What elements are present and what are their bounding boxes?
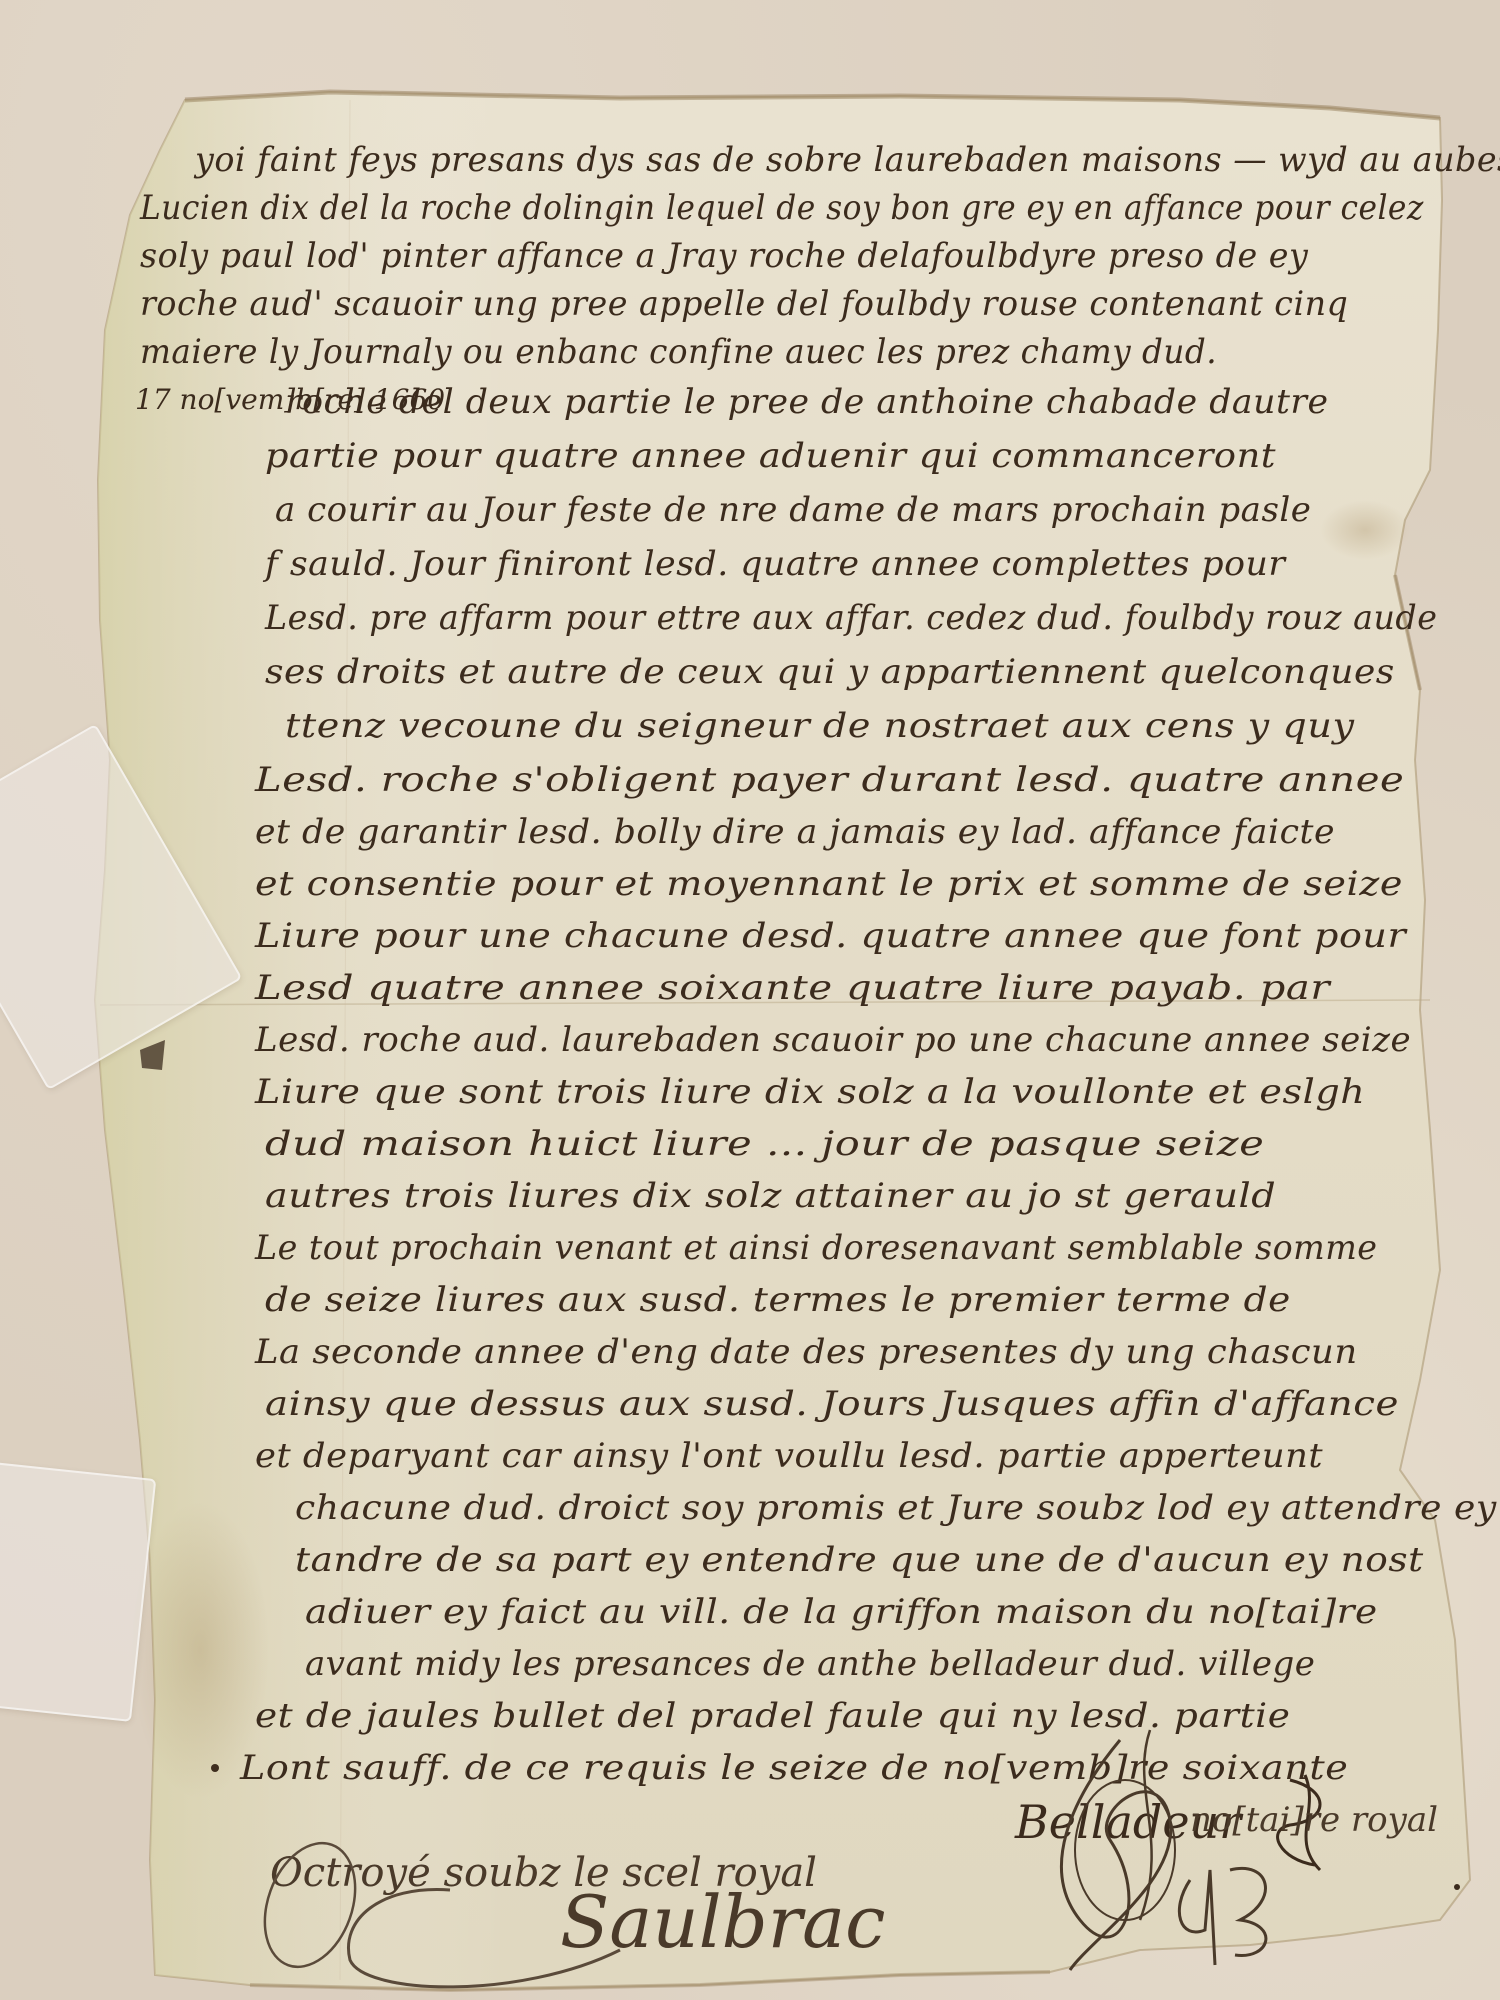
notary-signature-area: Saulbrac no[tai]re royal <box>0 0 1500 2000</box>
notary-mark-icon <box>1160 1850 1300 1970</box>
notary-signature: Saulbrac <box>560 1880 885 1964</box>
notary-title: no[tai]re royal <box>1190 1800 1438 1840</box>
